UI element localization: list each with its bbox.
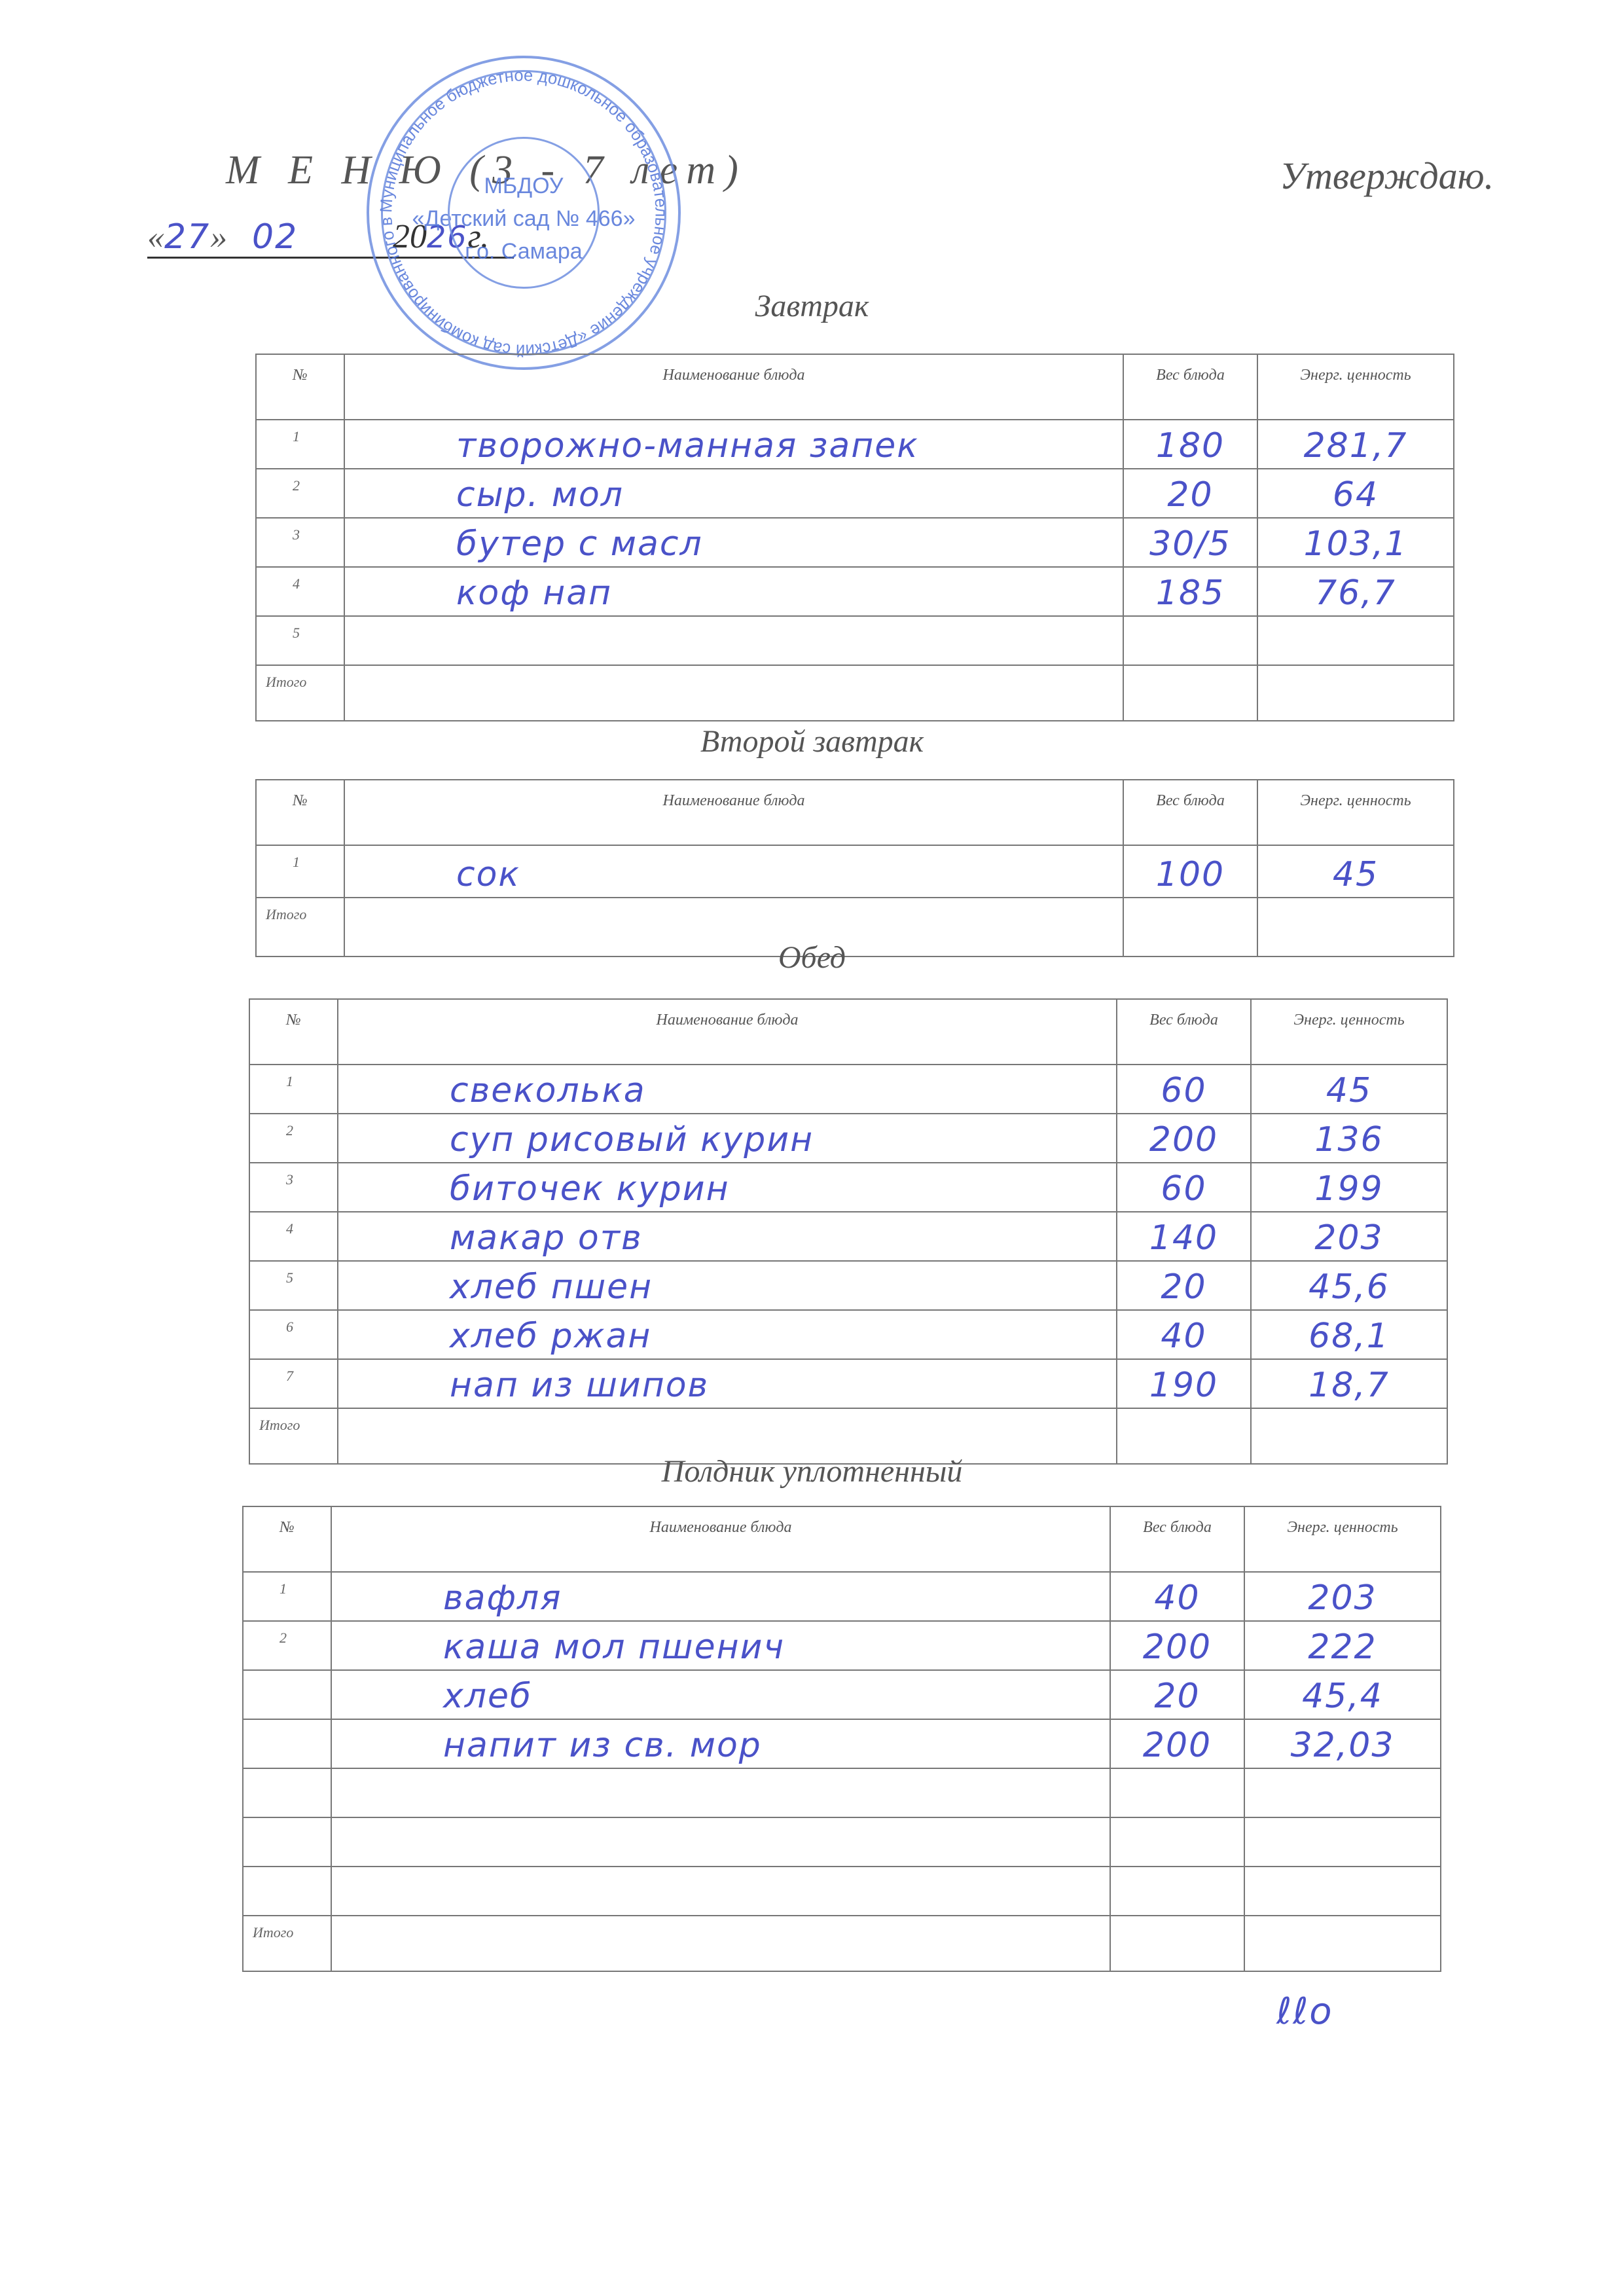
dish-name: биточек курин <box>338 1163 1117 1212</box>
table-row: 6хлеб ржан4068,1 <box>249 1310 1447 1359</box>
column-header-num: № <box>256 780 344 845</box>
column-header-energy: Энерг. ценность <box>1257 780 1454 845</box>
dish-name <box>331 1768 1110 1817</box>
dish-name: сыр. мол <box>344 469 1123 518</box>
column-header-energy: Энерг. ценность <box>1257 354 1454 420</box>
column-header-weight: Вес блюда <box>1117 999 1251 1065</box>
total-label: Итого <box>243 1916 331 1971</box>
dish-name: макар отв <box>338 1212 1117 1261</box>
column-header-name: Наименование блюда <box>338 999 1117 1065</box>
column-header-energy: Энерг. ценность <box>1251 999 1447 1065</box>
dish-weight: 200 <box>1110 1621 1244 1670</box>
dish-energy <box>1244 1768 1441 1817</box>
row-number: 1 <box>249 1065 338 1114</box>
table-row: 1сок10045 <box>256 845 1454 898</box>
row-number: 7 <box>249 1359 338 1408</box>
date-month: 02 <box>252 217 298 257</box>
dish-name: нап из шипов <box>338 1359 1117 1408</box>
dish-energy: 45 <box>1257 845 1454 898</box>
section-title: Завтрак <box>0 288 1624 324</box>
dish-name: вафля <box>331 1572 1110 1621</box>
row-number: 2 <box>249 1114 338 1163</box>
column-header-weight: Вес блюда <box>1123 354 1257 420</box>
dish-energy: 18,7 <box>1251 1359 1447 1408</box>
menu-table: №Наименование блюдаВес блюдаЭнерг. ценно… <box>255 779 1454 957</box>
dish-name: свеколька <box>338 1065 1117 1114</box>
table-row: 1свеколька6045 <box>249 1065 1447 1114</box>
column-header-num: № <box>249 999 338 1065</box>
row-number <box>243 1817 331 1867</box>
dish-weight: 60 <box>1117 1163 1251 1212</box>
dish-weight: 30/5 <box>1123 518 1257 567</box>
dish-energy: 68,1 <box>1251 1310 1447 1359</box>
column-header-energy: Энерг. ценность <box>1244 1506 1441 1572</box>
menu-table: №Наименование блюдаВес блюдаЭнерг. ценно… <box>249 998 1448 1465</box>
date-day: «27» <box>147 217 227 257</box>
row-number: 1 <box>256 420 344 469</box>
dish-energy: 222 <box>1244 1621 1441 1670</box>
column-header-weight: Вес блюда <box>1123 780 1257 845</box>
row-number: 6 <box>249 1310 338 1359</box>
dish-name: хлеб ржан <box>338 1310 1117 1359</box>
dish-energy: 45,6 <box>1251 1261 1447 1310</box>
row-number: 1 <box>256 845 344 898</box>
table-row: 3биточек курин60199 <box>249 1163 1447 1212</box>
table-row: 1творожно-манная запек180281,7 <box>256 420 1454 469</box>
row-number: 3 <box>249 1163 338 1212</box>
total-row: Итого <box>256 665 1454 721</box>
dish-energy: 203 <box>1244 1572 1441 1621</box>
dish-weight: 190 <box>1117 1359 1251 1408</box>
dish-weight: 20 <box>1110 1670 1244 1719</box>
table-row: 4коф нап18576,7 <box>256 567 1454 616</box>
dish-weight <box>1110 1768 1244 1817</box>
row-number: 4 <box>256 567 344 616</box>
dish-name: суп рисовый курин <box>338 1114 1117 1163</box>
section-title: Полдник уплотненный <box>0 1453 1624 1489</box>
dish-name <box>331 1817 1110 1867</box>
table-row: 2каша мол пшенич200222 <box>243 1621 1441 1670</box>
row-number <box>243 1768 331 1817</box>
table-row <box>243 1817 1441 1867</box>
total-row: Итого <box>243 1916 1441 1971</box>
dish-name: бутер с масл <box>344 518 1123 567</box>
approval-label: Утверждаю. <box>1280 154 1494 198</box>
table-row: хлеб2045,4 <box>243 1670 1441 1719</box>
dish-energy: 281,7 <box>1257 420 1454 469</box>
table-row: 1вафля40203 <box>243 1572 1441 1621</box>
dish-weight: 200 <box>1110 1719 1244 1768</box>
dish-energy: 76,7 <box>1257 567 1454 616</box>
row-number: 2 <box>243 1621 331 1670</box>
column-header-name: Наименование блюда <box>344 354 1123 420</box>
dish-name <box>344 616 1123 665</box>
row-number: 1 <box>243 1572 331 1621</box>
dish-energy <box>1257 616 1454 665</box>
dish-weight <box>1110 1817 1244 1867</box>
dish-energy: 103,1 <box>1257 518 1454 567</box>
table-row: 5хлеб пшен2045,6 <box>249 1261 1447 1310</box>
dish-name: творожно-манная запек <box>344 420 1123 469</box>
dish-weight: 20 <box>1117 1261 1251 1310</box>
dish-energy: 199 <box>1251 1163 1447 1212</box>
table-row: 2сыр. мол2064 <box>256 469 1454 518</box>
table-row: 2суп рисовый курин200136 <box>249 1114 1447 1163</box>
dish-energy: 32,03 <box>1244 1719 1441 1768</box>
row-number: 5 <box>249 1261 338 1310</box>
dish-weight: 20 <box>1123 469 1257 518</box>
table-row <box>243 1768 1441 1817</box>
signature: ℓℓo <box>1276 1990 1333 2033</box>
table-row: 3бутер с масл30/5103,1 <box>256 518 1454 567</box>
dish-name: каша мол пшенич <box>331 1621 1110 1670</box>
menu-table: №Наименование блюдаВес блюдаЭнерг. ценно… <box>242 1506 1441 1972</box>
dish-weight: 100 <box>1123 845 1257 898</box>
column-header-name: Наименование блюда <box>331 1506 1110 1572</box>
column-header-num: № <box>243 1506 331 1572</box>
section-title: Второй завтрак <box>0 723 1624 759</box>
table-row: 4макар отв140203 <box>249 1212 1447 1261</box>
dish-weight: 40 <box>1117 1310 1251 1359</box>
dish-energy <box>1244 1867 1441 1916</box>
dish-weight: 60 <box>1117 1065 1251 1114</box>
dish-energy: 136 <box>1251 1114 1447 1163</box>
dish-weight <box>1123 616 1257 665</box>
dish-energy: 64 <box>1257 469 1454 518</box>
table-row: 5 <box>256 616 1454 665</box>
dish-weight: 185 <box>1123 567 1257 616</box>
dish-name: хлеб <box>331 1670 1110 1719</box>
dish-weight: 180 <box>1123 420 1257 469</box>
table-row: напит из св. мор20032,03 <box>243 1719 1441 1768</box>
dish-weight: 200 <box>1117 1114 1251 1163</box>
row-number <box>243 1867 331 1916</box>
table-row <box>243 1867 1441 1916</box>
dish-weight: 140 <box>1117 1212 1251 1261</box>
row-number: 5 <box>256 616 344 665</box>
dish-energy <box>1244 1817 1441 1867</box>
dish-name: сок <box>344 845 1123 898</box>
dish-weight <box>1110 1867 1244 1916</box>
row-number: 2 <box>256 469 344 518</box>
table-row: 7нап из шипов19018,7 <box>249 1359 1447 1408</box>
section-title: Обед <box>0 939 1624 975</box>
dish-name <box>331 1867 1110 1916</box>
row-number: 4 <box>249 1212 338 1261</box>
dish-name: хлеб пшен <box>338 1261 1117 1310</box>
dish-name: коф нап <box>344 567 1123 616</box>
dish-energy: 45,4 <box>1244 1670 1441 1719</box>
dish-name: напит из св. мор <box>331 1719 1110 1768</box>
row-number <box>243 1719 331 1768</box>
dish-weight: 40 <box>1110 1572 1244 1621</box>
dish-energy: 45 <box>1251 1065 1447 1114</box>
column-header-name: Наименование блюда <box>344 780 1123 845</box>
column-header-weight: Вес блюда <box>1110 1506 1244 1572</box>
total-label: Итого <box>256 665 344 721</box>
column-header-num: № <box>256 354 344 420</box>
row-number <box>243 1670 331 1719</box>
stamp-center: МБДОУ «Детский сад № 466» г.о. Самара <box>369 170 678 268</box>
dish-energy: 203 <box>1251 1212 1447 1261</box>
menu-table: №Наименование блюдаВес блюдаЭнерг. ценно… <box>255 354 1454 721</box>
row-number: 3 <box>256 518 344 567</box>
